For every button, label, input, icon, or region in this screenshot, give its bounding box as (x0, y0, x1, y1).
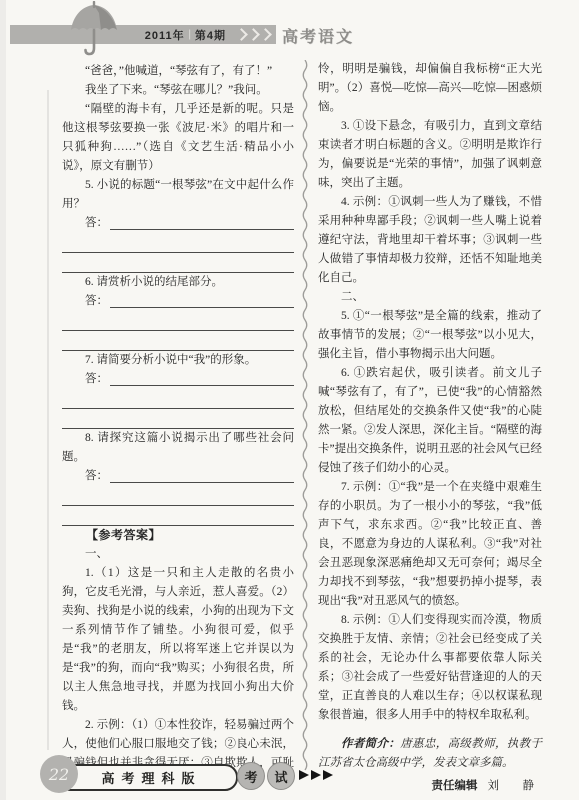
reference-answers-heading: 【参考答案】 (62, 526, 294, 545)
answer-7: 7. 示例：①“我”是一个在夹缝中艰难生存的小职员。为了一根小小的琴弦，“我”低… (318, 478, 542, 611)
answer-blank-q8: 答： (62, 467, 294, 486)
footer-arrows-icon (299, 770, 335, 780)
section-two-label: 二、 (318, 288, 542, 307)
answer-6: 6. ①跌宕起伏，吸引读者。前文儿子喊“琴弦有了，有了”，已使“我”的心情豁然放… (318, 364, 542, 478)
answer-3: 3. ①设下悬念，有吸引力，直到文章结束读者才明白标题的含义。②明明是欺诈行为，… (318, 117, 542, 193)
footer-badge-shi: 试 (267, 762, 295, 790)
answer-label: 答： (62, 214, 108, 233)
answer-blank-q5: 答： (62, 214, 294, 233)
answer-1: 1.（1）这是一只和主人走散的名贵小狗，它皮毛光滑，与人亲近，惹人喜爱。（2）卖… (62, 564, 294, 716)
answer-rule (110, 307, 294, 308)
answer-8: 8. 示例：①人们变得现实而冷漠，物质交换胜于友情、亲情；②社会已经变成了关系的… (318, 611, 542, 725)
story-paragraph: “爸爸，”他喊道，“琴弦有了，有了！” (62, 62, 294, 81)
story-paragraph: “隔壁的海卡有，几乎还是新的呢。只是他这根琴弦要换一张《波尼·米》的唱片和一只狐… (62, 100, 294, 176)
question-7: 7. 请简要分析小说中“我”的形象。 (62, 351, 294, 370)
answer-label: 答： (62, 467, 108, 486)
answer-2-part2: 怜，明明是骗钱，却偏偏自我标榜“正大光明”。（2）喜悦—吃惊—高兴—吃惊—困惑烦… (318, 60, 542, 117)
answer-rule (62, 506, 294, 526)
issue-separator: | (189, 29, 191, 40)
answer-blank-q6: 答： (62, 292, 294, 311)
section-one-label: 一、 (62, 545, 294, 564)
footer-edition-box: 高考理科版 (58, 764, 238, 791)
chevrons-icon (234, 30, 270, 39)
answer-rule (62, 409, 294, 429)
editor-credit: 责任编辑刘 静 (318, 777, 540, 796)
issue-year: 2011年 (145, 27, 185, 43)
page-number-badge: 22 (40, 755, 78, 793)
author-bio: 作者简介：唐惠忠，高级教师，执教于江苏省太仓高级中学，发表文章多篇。 (318, 735, 542, 773)
scan-artifact-edge (0, 0, 6, 800)
answer-label: 答： (62, 292, 108, 311)
footer-edition-text: 高考理科版 (94, 768, 201, 787)
left-column: “爸爸，”他喊道，“琴弦有了，有了！” 我坐了下来。“琴弦在哪儿？”我问。 “隔… (62, 62, 294, 792)
answer-label: 答： (62, 370, 108, 389)
umbrella-icon (66, 1, 122, 59)
answer-rule (110, 385, 294, 386)
header-issue-bar: 2011年 | 第4期 (10, 25, 276, 44)
answer-4: 4. 示例：①讽刺一些人为了赚钱，不惜采用种种卑鄙手段；②讽刺一些人嘴上说着遵纪… (318, 193, 542, 288)
answer-rule (62, 486, 294, 506)
magazine-page: 2011年 | 第4期 高考语文 “爸爸，”他喊道，“琴弦有了，有了！” 我坐了… (0, 0, 579, 800)
question-5: 5. 小说的标题“一根琴弦”在文中起什么作用？ (62, 176, 294, 214)
answer-rule (62, 331, 294, 351)
answer-rule (62, 253, 294, 273)
footer-badge-kao: 考 (237, 762, 265, 790)
question-8: 8. 请探究这篇小说揭示出了哪些社会问题。 (62, 429, 294, 467)
answer-rule (62, 233, 294, 253)
answer-rule (110, 482, 294, 483)
scan-artifact-line (47, 90, 49, 750)
question-6: 6. 请赏析小说的结尾部分。 (62, 273, 294, 292)
issue-number: 第4期 (195, 27, 226, 43)
editor-name: 刘 静 (488, 780, 541, 792)
story-paragraph: 我坐了下来。“琴弦在哪儿？”我问。 (62, 81, 294, 100)
right-column: 怜，明明是骗钱，却偏偏自我标榜“正大光明”。（2）喜悦—吃惊—高兴—吃惊—困惑烦… (318, 60, 542, 796)
author-bio-label: 作者简介： (341, 738, 400, 750)
answer-5: 5. ①“一根琴弦”是全篇的线索，推动了故事情节的发展；②“一根琴弦”以小见大，… (318, 307, 542, 364)
editor-label: 责任编辑 (432, 780, 478, 792)
column-divider (300, 60, 310, 772)
answer-rule (110, 229, 294, 230)
answer-rule (62, 311, 294, 331)
answer-rule (62, 389, 294, 409)
answer-blank-q7: 答： (62, 370, 294, 389)
magazine-logo: 高考语文 (282, 24, 354, 47)
